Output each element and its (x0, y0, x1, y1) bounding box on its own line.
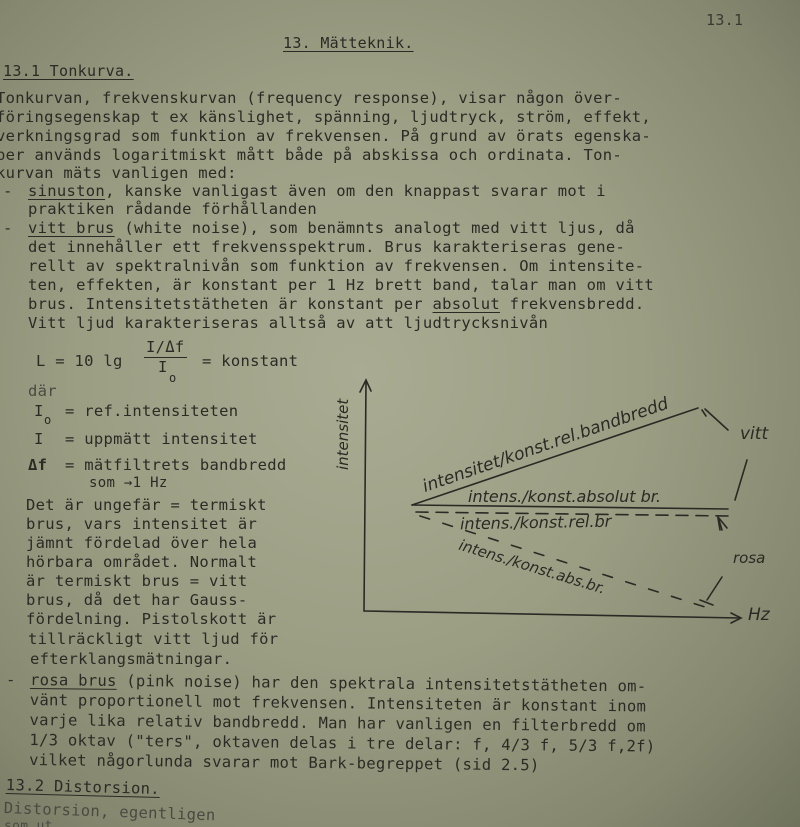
x-axis (364, 611, 740, 618)
bullet-dash: - (6, 673, 16, 689)
def-symbol-sub: o (44, 414, 52, 426)
def-text: = mätfiltrets bandbredd (65, 458, 287, 474)
underlined-absolut: absolut (433, 295, 500, 313)
vitt-line: ten, effekten, är konstant per 1 Hz bret… (28, 278, 654, 294)
left-para-line: efterklangsmätningar. (30, 652, 232, 668)
pointer-vitt-upper (705, 409, 728, 430)
group-label-rosa: rosa (733, 549, 765, 567)
x-axis-arrow-icon (731, 613, 741, 623)
formula-numerator: I/Δf (144, 340, 187, 358)
intro-line: Tonkurvan, frekvenskurvan (frequency res… (0, 91, 622, 107)
bullet-sinuston-cont: praktiken rådande förhållanden (28, 202, 317, 218)
left-para-line: fördelning. Pistolskott är (26, 612, 276, 628)
x-axis-label: Hz (748, 605, 770, 625)
pointer-rosa-upper (718, 517, 727, 530)
def-tail: som →1 Hz (89, 476, 168, 490)
def-text: = uppmätt intensitet (65, 432, 258, 448)
left-para-line: tillräckligt vitt ljud för (28, 632, 278, 648)
y-axis (364, 382, 366, 611)
intro-line: per används logaritmiskt mått både på ab… (0, 148, 622, 164)
left-para-line: Det är ungefär = termiskt (26, 498, 267, 514)
bullet-dash: - (3, 221, 13, 237)
left-para-line: brus, vars intensitet är (26, 517, 257, 533)
document-page: 13.1 13. Mätteknik. 13.1 Tonkurva. Tonku… (0, 0, 800, 827)
y-axis-label: intensitet (334, 399, 352, 470)
rosa-line: vilket någorlunda svarar mot Bark-begrep… (29, 753, 540, 774)
vitt-line: det innehåller ett frekvensspektrum. Bru… (28, 240, 625, 256)
def-symbol: I (34, 432, 44, 448)
section-heading-distorsion: 13.2 Distorsion. (6, 778, 160, 798)
curve-label: intensitet/konst.rel.bandbredd (420, 394, 671, 497)
curve-label: intens./konst.abs.br. (457, 536, 608, 598)
bullet-sinuston: sinuston, kanske vanligast även om den k… (28, 184, 606, 200)
intro-line: kurvan mäts vanligen med: (0, 166, 237, 182)
pointer-vitt-lower (735, 460, 747, 500)
vitt-line: brus. Intensitetstätheten är konstant pe… (28, 297, 644, 313)
definitions-intro: där (28, 384, 57, 400)
curve-label: intens./konst.rel.br (460, 512, 612, 534)
section-heading-tonkurva: 13.1 Tonkurva. (3, 64, 134, 79)
distorsion-line: som ut... (4, 820, 77, 827)
term-vitt-brus: vitt brus (28, 219, 115, 237)
intro-line: föringsegenskap t ex känslighet, spännin… (0, 110, 651, 126)
vitt-line: rellt av spektralnivån som funktion av f… (28, 259, 644, 275)
left-para-line: hörbara området. Normalt (26, 555, 257, 571)
term-rosa-brus: rosa brus (30, 671, 117, 690)
term-sinuston: sinuston (28, 182, 105, 200)
formula-lhs: L = 10 lg (36, 354, 123, 370)
y-axis-arrow-icon (360, 380, 371, 392)
curve-label: intens./konst.absolut br. (468, 487, 661, 506)
intro-line: verkningsgrad som funktion av frekvensen… (0, 129, 651, 145)
pointer-rosa-lower (707, 577, 722, 600)
chapter-title: 13. Mätteknik. (283, 36, 414, 51)
formula-denominator-sub: o (169, 372, 177, 384)
vitt-line: Vitt ljud karakteriseras alltså av att l… (28, 316, 548, 332)
group-label-vitt: vitt (740, 424, 768, 444)
formula-denominator: I (158, 360, 168, 376)
left-para-line: är termiskt brus = vitt (26, 574, 248, 590)
left-para-line: brus, då det har Gauss- (26, 593, 248, 609)
formula-rhs: = konstant (202, 354, 298, 370)
def-text: = ref.intensiteten (65, 404, 238, 420)
page-number: 13.1 (706, 13, 743, 28)
left-para-line: jämnt fördelad över hela (26, 536, 257, 552)
def-symbol: Δf (28, 458, 47, 474)
bullet-dash: - (3, 184, 13, 200)
def-symbol: I (34, 404, 44, 420)
bullet-vitt-brus: vitt brus (white noise), som benämnts an… (28, 221, 635, 237)
